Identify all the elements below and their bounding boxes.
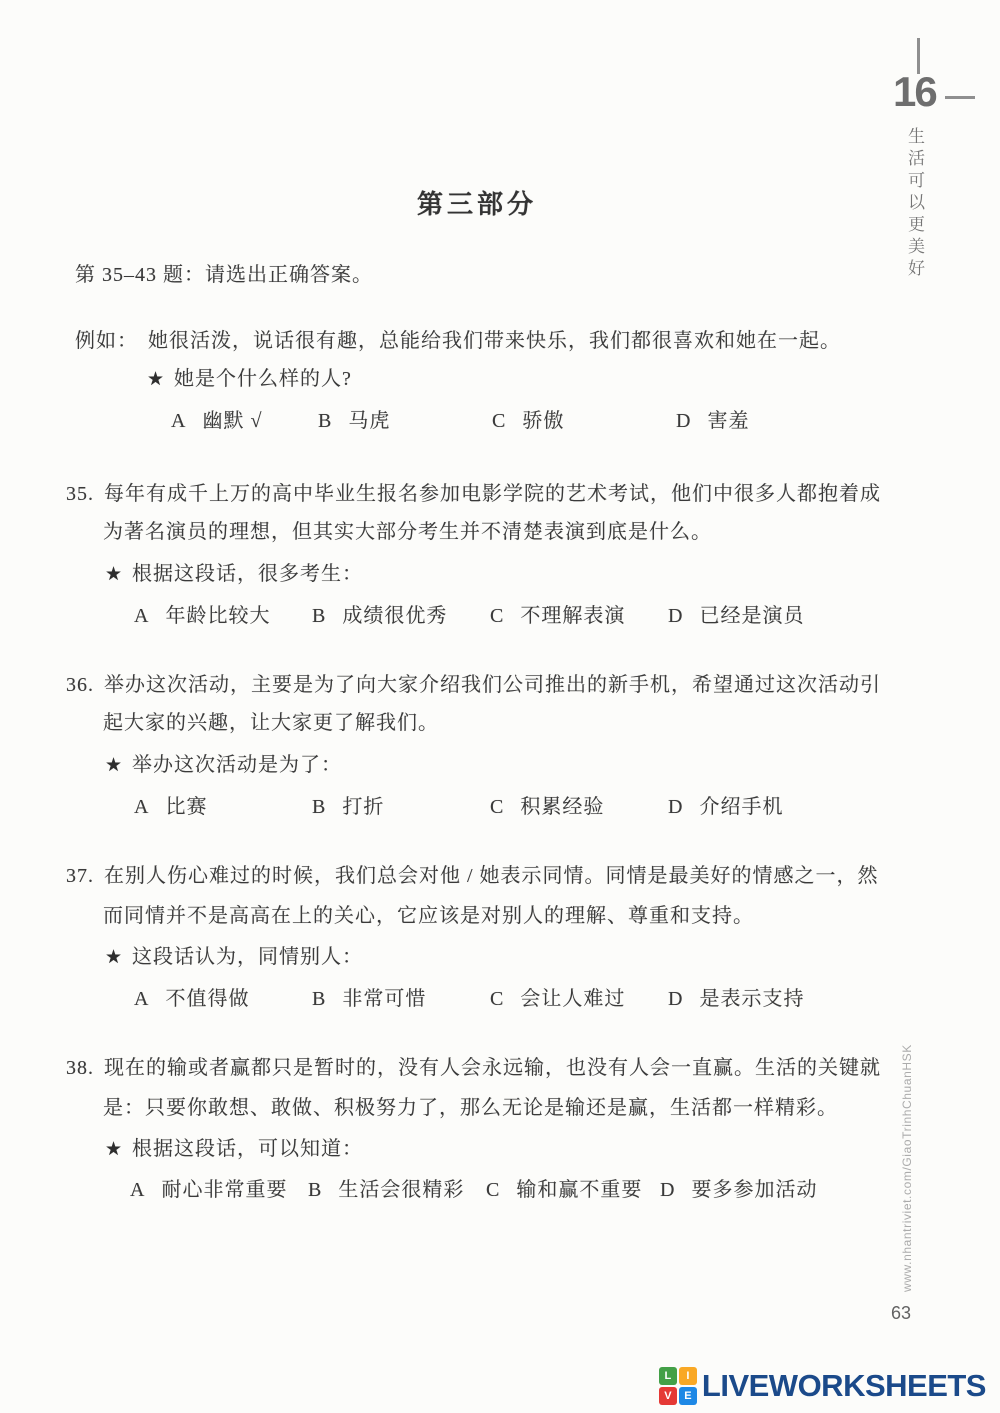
q35-option-a[interactable]: A年龄比较大 bbox=[134, 599, 270, 628]
q38-option-c[interactable]: C输和赢不重要 bbox=[486, 1173, 642, 1202]
example-option-c[interactable]: C骄傲 bbox=[492, 404, 564, 433]
section-title: 第三部分 bbox=[0, 184, 954, 221]
star-icon: ★ bbox=[105, 1138, 123, 1161]
question-number: 38. bbox=[66, 1057, 94, 1080]
question-37-star: ★这段话认为，同情别人： bbox=[105, 940, 363, 969]
q36-option-d[interactable]: D介绍手机 bbox=[668, 790, 783, 819]
q36-option-c[interactable]: C积累经验 bbox=[490, 790, 604, 819]
logo-square-l: L bbox=[659, 1367, 677, 1385]
instruction: 第 35–43 题：请选出正确答案。 bbox=[75, 258, 373, 287]
logo-square-e: E bbox=[679, 1387, 697, 1405]
q37-option-b[interactable]: B非常可惜 bbox=[312, 982, 426, 1011]
question-35-star: ★根据这段话，很多考生： bbox=[105, 557, 363, 586]
example-option-b[interactable]: B马虎 bbox=[318, 404, 390, 433]
question-36-line2: 起大家的兴趣，让大家更了解我们。 bbox=[103, 706, 439, 735]
example-star-question: ★她是个什么样的人? bbox=[147, 362, 352, 391]
q37-option-c[interactable]: C会让人难过 bbox=[490, 982, 625, 1011]
q38-option-a[interactable]: A耐心非常重要 bbox=[130, 1173, 287, 1202]
question-37-line1: 37.在别人伤心难过的时候，我们总会对他 / 她表示同情。同情是最美好的情感之一… bbox=[66, 859, 879, 888]
q37-option-d[interactable]: D是表示支持 bbox=[668, 982, 804, 1011]
example-text: 她很活泼，说话很有趣，总能给我们带来快乐，我们都很喜欢和她在一起。 bbox=[148, 324, 841, 353]
question-36-line1: 36.举办这次活动，主要是为了向大家介绍我们公司推出的新手机，希望通过这次活动引 bbox=[66, 668, 881, 697]
worksheet-page: 16 生活可以更美好 第三部分 第 35–43 题：请选出正确答案。 例如： 她… bbox=[0, 0, 1000, 1413]
q36-option-a[interactable]: A比赛 bbox=[134, 790, 207, 819]
q36-option-b[interactable]: B打折 bbox=[312, 790, 384, 819]
q35-option-c[interactable]: C不理解表演 bbox=[490, 599, 625, 628]
question-36-star: ★举办这次活动是为了： bbox=[105, 748, 342, 777]
logo-squares-icon: L I V E bbox=[659, 1367, 697, 1405]
question-35-line1: 35.每年有成千上万的高中毕业生报名参加电影学院的艺术考试，他们中很多人都抱着成 bbox=[66, 477, 881, 506]
q38-option-b[interactable]: B生活会很精彩 bbox=[308, 1173, 464, 1202]
question-number: 35. bbox=[66, 483, 94, 506]
q35-option-d[interactable]: D已经是演员 bbox=[668, 599, 804, 628]
star-icon: ★ bbox=[105, 946, 123, 969]
logo-square-i: I bbox=[679, 1367, 697, 1385]
example-label: 例如： bbox=[75, 324, 138, 353]
question-35-line2: 为著名演员的理想，但其实大部分考生并不清楚表演到底是什么。 bbox=[103, 515, 712, 544]
liveworksheets-logo[interactable]: L I V E LIVEWORKSHEETS bbox=[659, 1367, 986, 1405]
checkmark-icon: √ bbox=[250, 410, 262, 432]
question-37-line2: 而同情并不是高高在上的关心，它应该是对别人的理解、尊重和支持。 bbox=[103, 899, 754, 928]
brand-wordmark: LIVEWORKSHEETS bbox=[702, 1368, 986, 1404]
logo-square-v: V bbox=[659, 1387, 677, 1405]
q38-option-d[interactable]: D要多参加活动 bbox=[660, 1173, 817, 1202]
chapter-number: 16 bbox=[893, 68, 936, 116]
star-icon: ★ bbox=[147, 368, 165, 391]
side-url: www.nhantriviet.com/GiaoTrinhChuanHSK bbox=[900, 1044, 914, 1292]
question-38-star: ★根据这段话，可以知道： bbox=[105, 1132, 363, 1161]
question-number: 37. bbox=[66, 865, 94, 888]
q35-option-b[interactable]: B成绩很优秀 bbox=[312, 599, 447, 628]
question-38-line2: 是：只要你敢想、敢做、积极努力了，那么无论是输还是赢，生活都一样精彩。 bbox=[103, 1091, 838, 1120]
example-option-a[interactable]: A幽默√ bbox=[171, 404, 262, 433]
star-icon: ★ bbox=[105, 754, 123, 777]
question-38-line1: 38.现在的输或者赢都只是暂时的，没有人会永远输，也没有人会一直赢。生活的关键就 bbox=[66, 1051, 881, 1080]
q37-option-a[interactable]: A不值得做 bbox=[134, 982, 249, 1011]
chapter-horizontal-rule bbox=[945, 96, 975, 99]
page-number: 63 bbox=[891, 1303, 911, 1324]
star-icon: ★ bbox=[105, 563, 123, 586]
question-number: 36. bbox=[66, 674, 94, 697]
example-option-d[interactable]: D害羞 bbox=[676, 404, 749, 433]
